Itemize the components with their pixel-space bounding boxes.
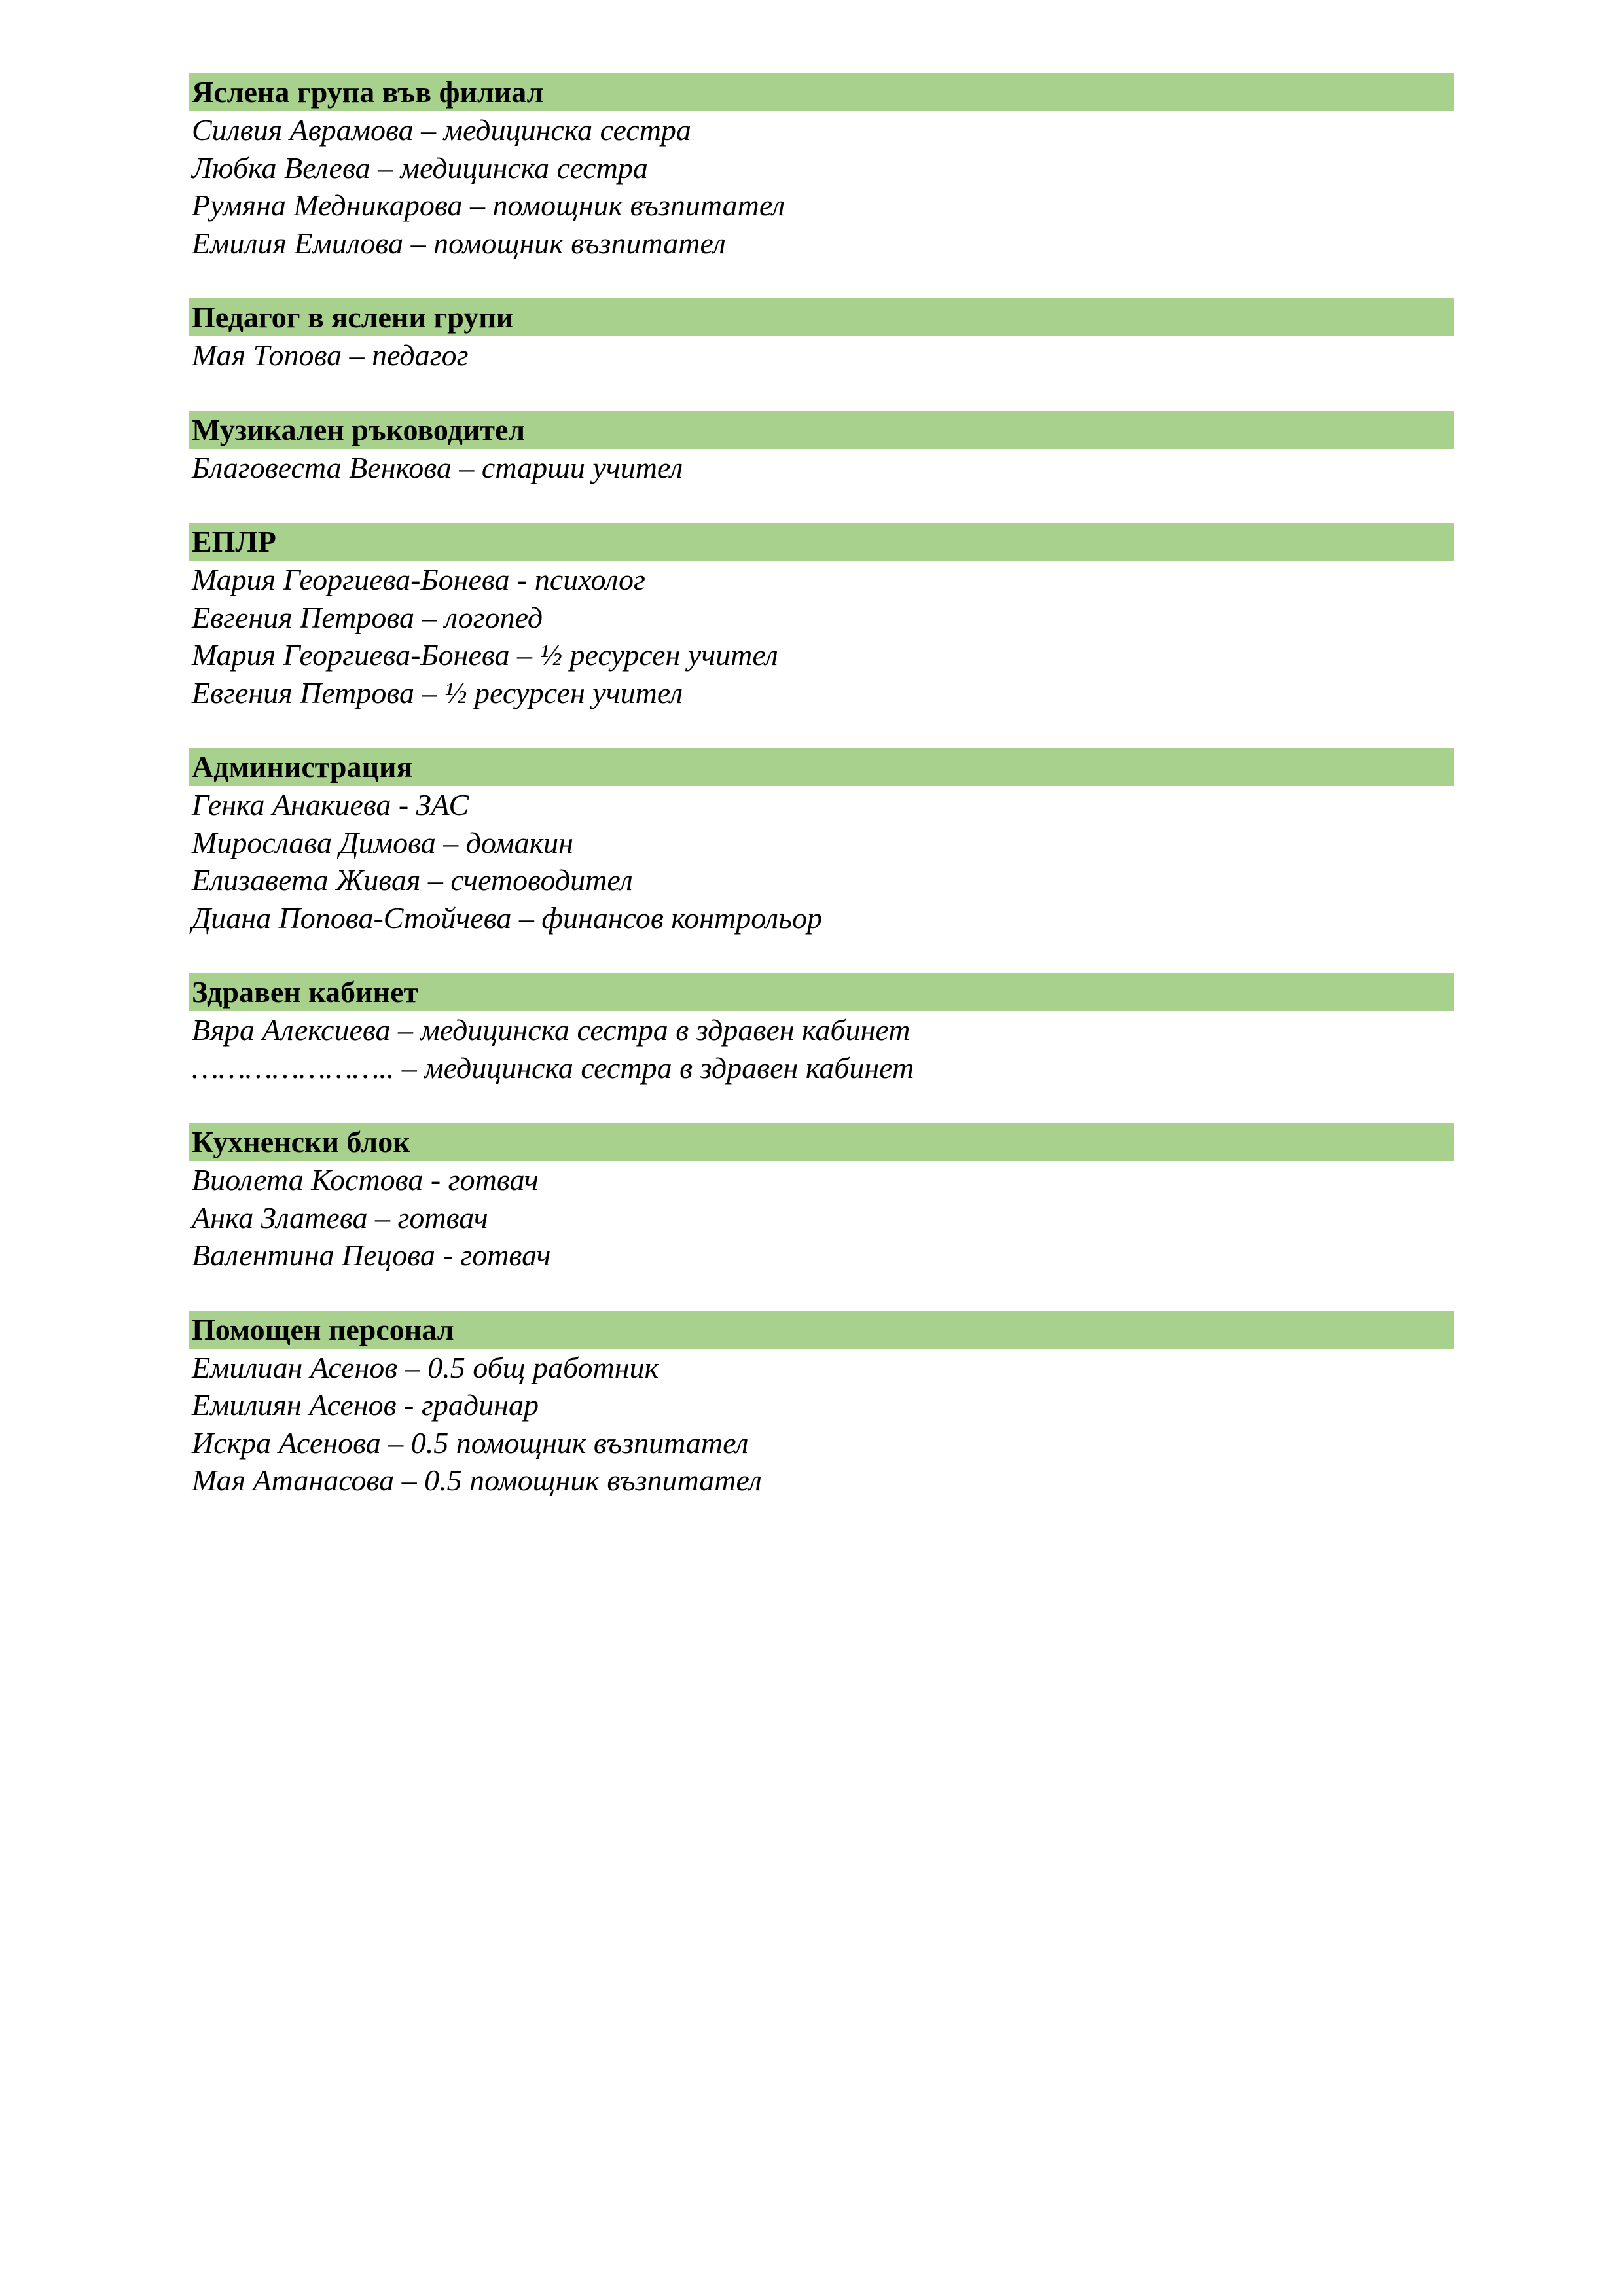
staff-entry: Емилия Емилова – помощник възпитател bbox=[189, 224, 1454, 262]
staff-list: Вяра Алексиева – медицинска сестра в здр… bbox=[189, 1011, 1454, 1086]
staff-entry: ………………….. – медицинска сестра в здравен … bbox=[189, 1049, 1454, 1087]
staff-entry: Мая Атанасова – 0.5 помощник възпитател bbox=[189, 1462, 1454, 1499]
staff-entry: Мая Топова – педагог bbox=[189, 336, 1454, 374]
staff-list: Виолета Костова - готвачАнка Златева – г… bbox=[189, 1161, 1454, 1274]
section-spacer bbox=[189, 1086, 1454, 1123]
staff-section-4: ЕПЛР Мария Георгиева-Бонева - психологЕв… bbox=[189, 523, 1454, 748]
staff-entry: Мирослава Димова – домакин bbox=[189, 824, 1454, 862]
staff-entry: Емилиан Асенов – 0.5 общ работник bbox=[189, 1349, 1454, 1387]
staff-entry: Валентина Пецова - готвач bbox=[189, 1236, 1454, 1274]
section-spacer bbox=[189, 1274, 1454, 1311]
section-spacer bbox=[189, 937, 1454, 973]
section-header: Музикален ръководител bbox=[189, 411, 1454, 449]
section-header: Помощен персонал bbox=[189, 1311, 1454, 1349]
staff-section-6: Здравен кабинет Вяра Алексиева – медицин… bbox=[189, 973, 1454, 1123]
staff-section-8: Помощен персонал Емилиан Асенов – 0.5 об… bbox=[189, 1311, 1454, 1536]
staff-entry: Евгения Петрова – логопед bbox=[189, 599, 1454, 637]
staff-entry: Виолета Костова - готвач bbox=[189, 1161, 1454, 1199]
staff-list: Генка Анакиева - ЗАСМирослава Димова – д… bbox=[189, 786, 1454, 937]
section-spacer bbox=[189, 262, 1454, 298]
staff-entry: Евгения Петрова – ½ ресурсен учител bbox=[189, 674, 1454, 712]
document-page: Яслена група във филиал Силвия Аврамова … bbox=[189, 73, 1454, 1536]
section-spacer bbox=[189, 486, 1454, 523]
staff-entry: Румяна Медникарова – помощник възпитател bbox=[189, 187, 1454, 224]
staff-section-2: Педагог в яслени групи Мая Топова – педа… bbox=[189, 298, 1454, 411]
staff-entry: Мария Георгиева-Бонева – ½ ресурсен учит… bbox=[189, 636, 1454, 674]
staff-section-1: Яслена група във филиал Силвия Аврамова … bbox=[189, 73, 1454, 298]
staff-entry: Мария Георгиева-Бонева - психолог bbox=[189, 561, 1454, 599]
section-spacer bbox=[189, 711, 1454, 748]
staff-entry: Генка Анакиева - ЗАС bbox=[189, 786, 1454, 824]
staff-entry: Любка Велева – медицинска сестра bbox=[189, 149, 1454, 187]
section-header: Яслена група във филиал bbox=[189, 73, 1454, 111]
staff-entry: Силвия Аврамова – медицинска сестра bbox=[189, 111, 1454, 149]
section-header: Кухненски блок bbox=[189, 1123, 1454, 1161]
staff-section-3: Музикален ръководител Благовеста Венкова… bbox=[189, 411, 1454, 524]
staff-entry: Елизавета Живая – счетоводител bbox=[189, 861, 1454, 899]
staff-list: Мария Георгиева-Бонева - психологЕвгения… bbox=[189, 561, 1454, 711]
staff-list: Емилиан Асенов – 0.5 общ работникЕмилиян… bbox=[189, 1349, 1454, 1499]
staff-list: Благовеста Венкова – старши учител bbox=[189, 449, 1454, 487]
staff-entry: Диана Попова-Стойчева – финансов контрол… bbox=[189, 899, 1454, 937]
section-header: Здравен кабинет bbox=[189, 973, 1454, 1011]
staff-section-5: Администрация Генка Анакиева - ЗАСМиросл… bbox=[189, 748, 1454, 973]
staff-entry: Вяра Алексиева – медицинска сестра в здр… bbox=[189, 1011, 1454, 1049]
section-header: Педагог в яслени групи bbox=[189, 298, 1454, 336]
section-spacer bbox=[189, 1499, 1454, 1536]
section-spacer bbox=[189, 374, 1454, 411]
section-header: ЕПЛР bbox=[189, 523, 1454, 561]
staff-entry: Емилиян Асенов - градинар bbox=[189, 1386, 1454, 1424]
staff-section-7: Кухненски блок Виолета Костова - готвачА… bbox=[189, 1123, 1454, 1311]
staff-list: Силвия Аврамова – медицинска сестраЛюбка… bbox=[189, 111, 1454, 262]
staff-entry: Искра Асенова – 0.5 помощник възпитател bbox=[189, 1424, 1454, 1462]
section-header: Администрация bbox=[189, 748, 1454, 786]
staff-entry: Анка Златева – готвач bbox=[189, 1199, 1454, 1237]
staff-entry: Благовеста Венкова – старши учител bbox=[189, 449, 1454, 487]
staff-list: Мая Топова – педагог bbox=[189, 336, 1454, 374]
